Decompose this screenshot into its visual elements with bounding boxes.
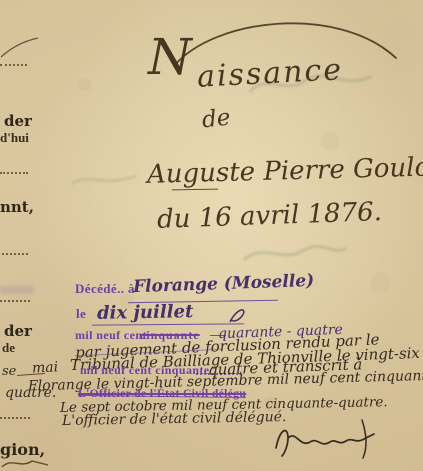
name-underline <box>172 189 218 191</box>
margin-dotted-line <box>0 64 27 66</box>
margin-handwriting-fragment <box>0 456 52 471</box>
person-name: Auguste Pierre Goulon <box>147 152 423 190</box>
margin-fragment: der <box>4 322 32 340</box>
birth-date: du 16 avril 1876. <box>157 197 383 235</box>
signature <box>268 412 393 464</box>
officier-line: L'officier de l'état civil délégué. <box>62 409 287 429</box>
stamp-decede-label: Décédé.. à <box>75 281 135 297</box>
margin-dotted-line <box>0 300 30 302</box>
registry-page: der d'hui nnt, der de se gion, N aissanc… <box>0 0 423 471</box>
bleed-through-mark <box>70 168 140 192</box>
title-de: de <box>201 105 232 134</box>
bleed-through-mark <box>240 236 350 270</box>
margin-fragment: de <box>2 340 15 356</box>
stamp-ink-smudge <box>0 286 34 294</box>
margin-fragment: d'hui <box>0 130 29 146</box>
margin-dotted-line <box>2 253 28 255</box>
stamp-le-label: le <box>76 306 86 322</box>
ink-loop-flourish <box>228 304 254 326</box>
margin-fragment: nnt, <box>0 198 34 216</box>
margin-handwriting: se <box>2 364 16 379</box>
margin-dotted-line <box>0 417 30 419</box>
death-place: Florange (Moselle) <box>133 271 315 297</box>
transcription-line-2: quatre. <box>5 385 56 401</box>
judgment-month: mai <box>32 359 59 376</box>
margin-dotted-line <box>0 172 28 174</box>
margin-fragment: der <box>4 112 32 130</box>
stray-pen-stroke <box>0 34 40 60</box>
death-day: dix juillet <box>97 301 194 324</box>
